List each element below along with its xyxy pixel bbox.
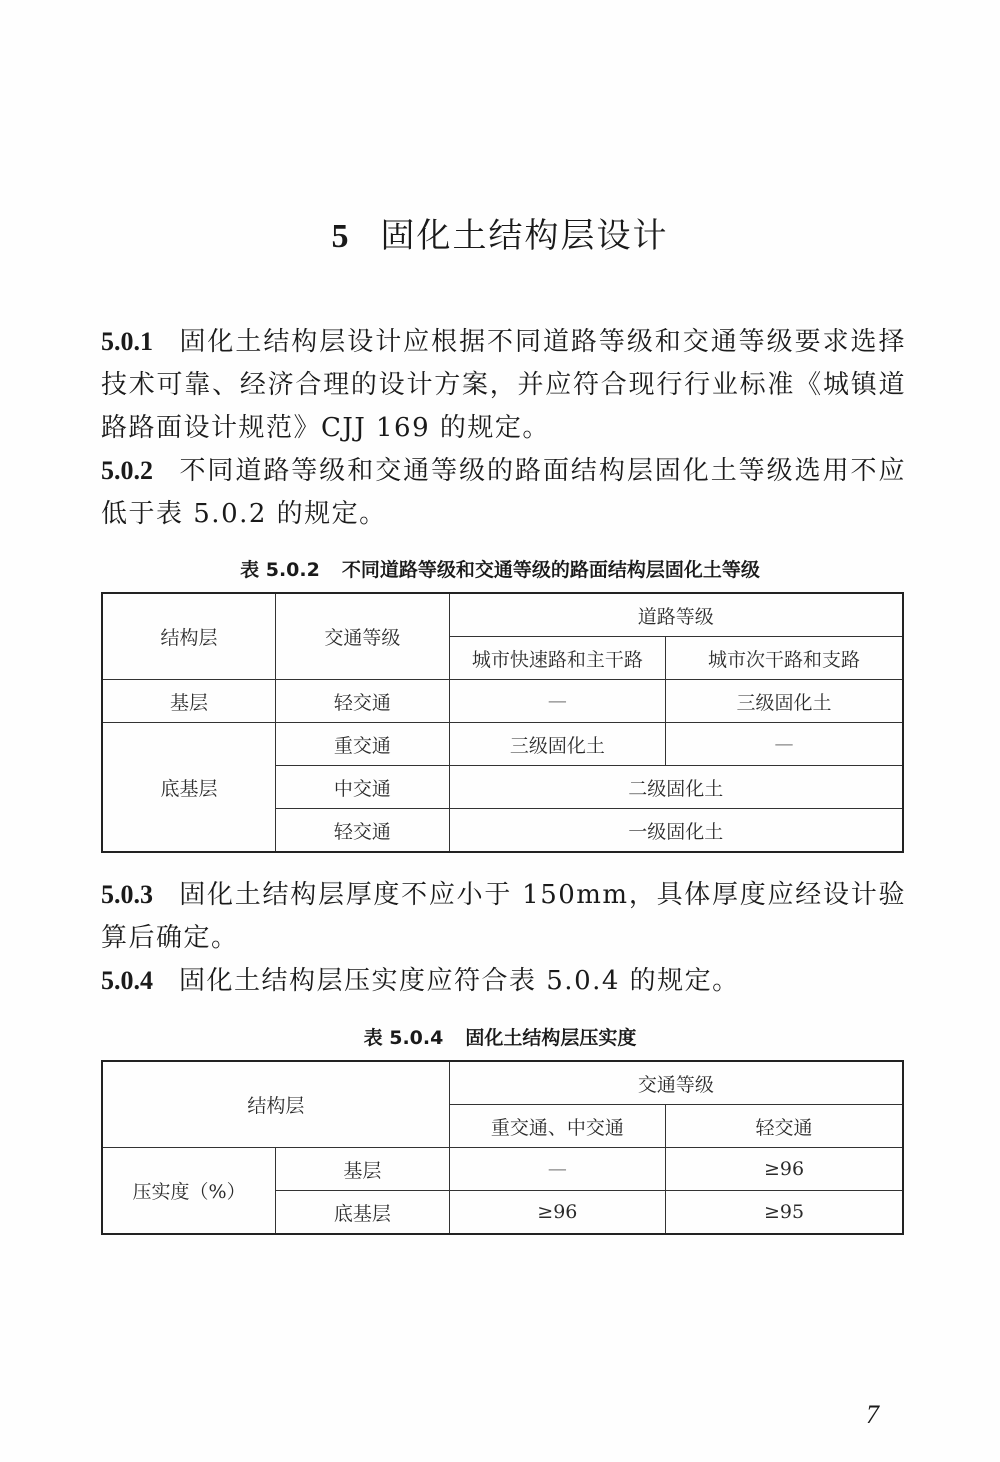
table-row: 基层 轻交通 — 三级固化土	[102, 680, 903, 723]
cell-traffic: 轻交通	[276, 809, 450, 853]
header-road-level: 道路等级	[449, 593, 903, 637]
table-504: 结构层 交通等级 重交通、中交通 轻交通 压实度（%） 基层 — ≥96 底基层…	[101, 1060, 904, 1235]
cell-layer: 底基层	[276, 1191, 450, 1235]
table-502-caption: 表 5.0.2不同道路等级和交通等级的路面结构层固化土等级	[0, 555, 1000, 582]
table-caption-text: 不同道路等级和交通等级的路面结构层固化土等级	[342, 559, 760, 581]
cell-merged: 一级固化土	[449, 809, 903, 853]
clause-number: 5.0.2	[101, 456, 153, 485]
cell-col2: —	[666, 723, 903, 766]
cell-traffic: 轻交通	[276, 680, 450, 723]
header-traffic-level: 交通等级	[276, 593, 450, 680]
clause-number: 5.0.1	[101, 327, 153, 356]
header-structure-layer: 结构层	[102, 1061, 449, 1148]
cell-col1: —	[449, 1148, 665, 1191]
chapter-title: 5固化土结构层设计	[0, 208, 1000, 257]
row-group-label: 压实度（%）	[102, 1148, 276, 1235]
clause-number: 5.0.4	[101, 966, 153, 995]
cell-layer: 底基层	[102, 723, 276, 853]
cell-col1: ≥96	[449, 1191, 665, 1235]
table-row: 压实度（%） 基层 — ≥96	[102, 1148, 903, 1191]
header-structure-layer: 结构层	[102, 593, 276, 680]
header-road-col2: 城市次干路和支路	[666, 637, 903, 680]
cell-merged: 二级固化土	[449, 766, 903, 809]
cell-col2: ≥96	[666, 1148, 903, 1191]
cell-col2: ≥95	[666, 1191, 903, 1235]
table-caption-text: 固化土结构层压实度	[465, 1027, 636, 1049]
table-502: 结构层 交通等级 道路等级 城市快速路和主干路 城市次干路和支路 基层 轻交通 …	[101, 592, 904, 853]
table-number: 表 5.0.4	[364, 1027, 444, 1049]
cell-col2: 三级固化土	[666, 680, 903, 723]
clause-text: 固化土结构层厚度不应小于 150mm，具体厚度应经设计验算后确定。	[101, 880, 906, 953]
table-number: 表 5.0.2	[240, 559, 320, 581]
cell-col1: —	[449, 680, 665, 723]
table-row: 底基层 重交通 三级固化土 —	[102, 723, 903, 766]
clause-text: 不同道路等级和交通等级的路面结构层固化土等级选用不应低于表 5.0.2 的规定。	[101, 456, 906, 529]
table-504-caption: 表 5.0.4固化土结构层压实度	[0, 1023, 1000, 1050]
cell-col1: 三级固化土	[449, 723, 665, 766]
header-road-col1: 城市快速路和主干路	[449, 637, 665, 680]
clause-5-0-3: 5.0.3固化土结构层厚度不应小于 150mm，具体厚度应经设计验算后确定。	[101, 873, 906, 960]
cell-traffic: 重交通	[276, 723, 450, 766]
clause-5-0-1: 5.0.1固化土结构层设计应根据不同道路等级和交通等级要求选择技术可靠、经济合理…	[101, 320, 906, 450]
clause-number: 5.0.3	[101, 880, 153, 909]
page-number: 7	[866, 1400, 879, 1430]
chapter-title-text: 固化土结构层设计	[381, 216, 669, 256]
header-col1: 重交通、中交通	[449, 1105, 665, 1148]
clause-5-0-2: 5.0.2不同道路等级和交通等级的路面结构层固化土等级选用不应低于表 5.0.2…	[101, 449, 906, 536]
header-traffic-level: 交通等级	[449, 1061, 903, 1105]
clause-text: 固化土结构层压实度应符合表 5.0.4 的规定。	[179, 966, 740, 996]
clause-5-0-4: 5.0.4固化土结构层压实度应符合表 5.0.4 的规定。	[101, 959, 906, 1003]
clause-text: 固化土结构层设计应根据不同道路等级和交通等级要求选择技术可靠、经济合理的设计方案…	[101, 327, 906, 443]
cell-layer: 基层	[276, 1148, 450, 1191]
chapter-number: 5	[332, 218, 351, 255]
cell-layer: 基层	[102, 680, 276, 723]
cell-traffic: 中交通	[276, 766, 450, 809]
header-col2: 轻交通	[666, 1105, 903, 1148]
